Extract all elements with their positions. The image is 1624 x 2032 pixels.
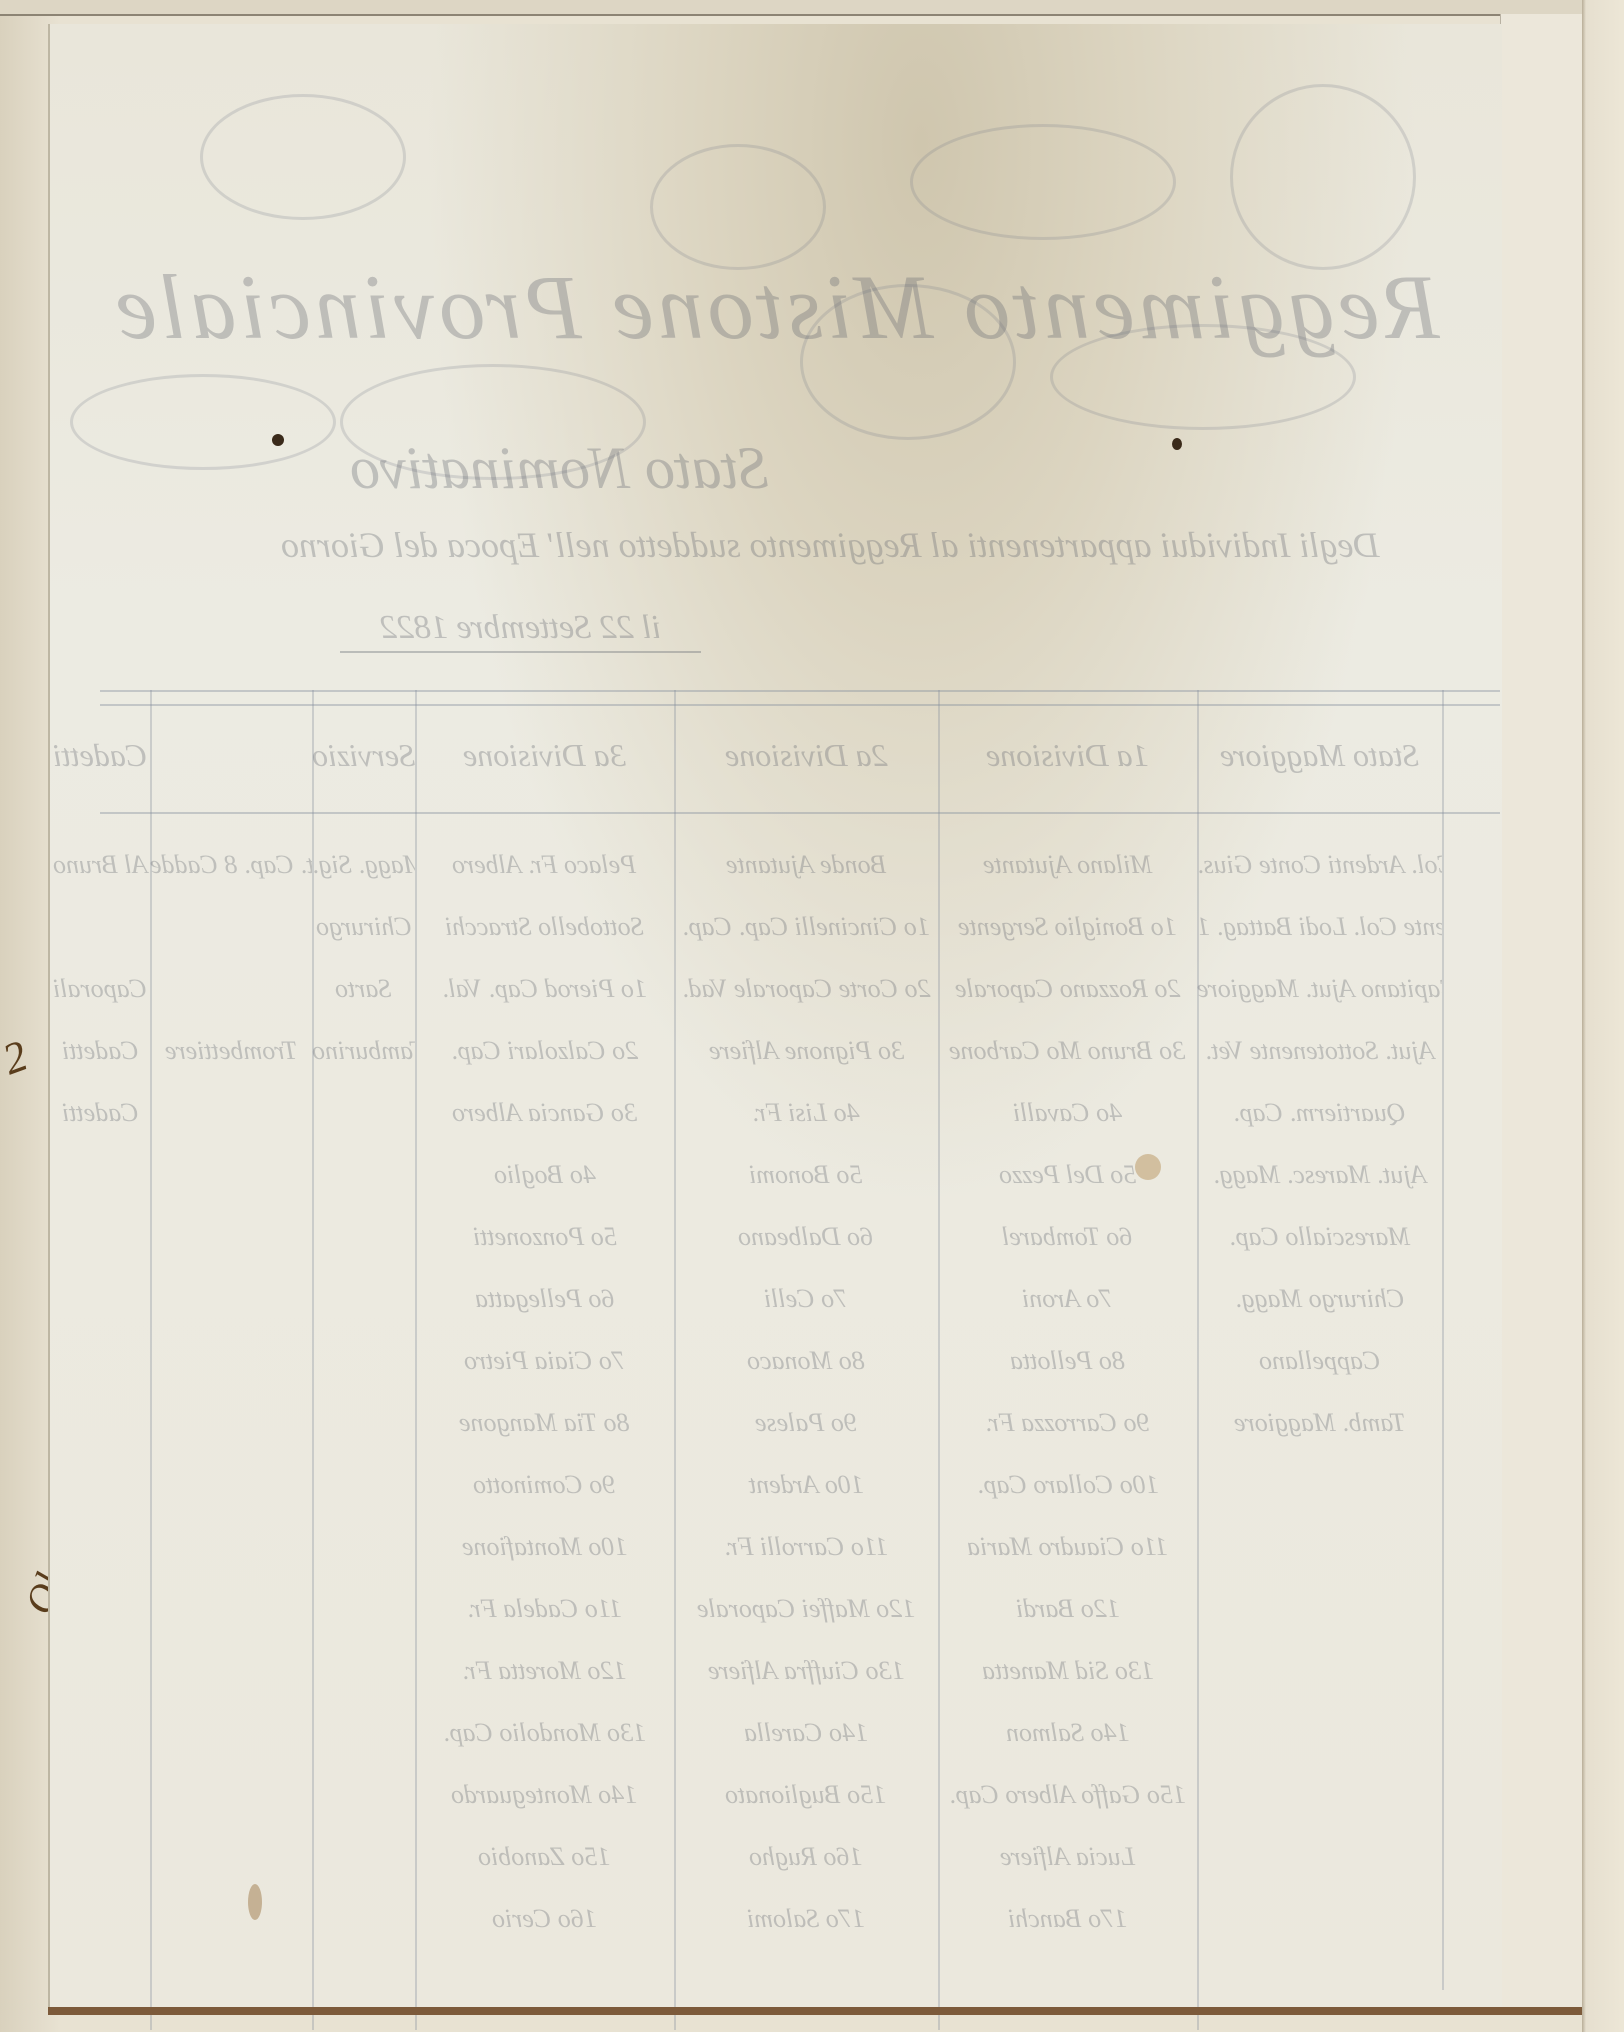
table-cell: 3o Pignone Alfiere [674, 1036, 938, 1066]
table-cell: 16o Rugho [674, 1842, 938, 1872]
table-cell: 13o Mondolio Cap. [415, 1718, 674, 1748]
table-cell [1197, 1718, 1442, 1748]
table-cell [150, 974, 312, 1004]
table-cell: Bonde Ajutante [674, 850, 938, 880]
table-cell [150, 1098, 312, 1128]
page-bottom-edge [48, 2007, 1582, 2015]
table-cell [150, 912, 312, 942]
table-cell: Ant. Cap. 8 Cadde [150, 850, 312, 880]
table-cell [312, 1284, 415, 1314]
table-cell [312, 1594, 415, 1624]
header-bottom-rule [100, 812, 1500, 814]
table-cell [312, 1780, 415, 1810]
table-cell [50, 1346, 150, 1376]
table-cell: 10o Ardent [674, 1470, 938, 1500]
table-cell: Ajut. Maresc. Magg. [1197, 1160, 1442, 1190]
table-cell: Magg. Sig. [312, 850, 415, 880]
table-cell [50, 1160, 150, 1190]
table-cell: 6o Tombarel [938, 1222, 1197, 1252]
table-cell: Cappellano [1197, 1346, 1442, 1376]
table-cell [150, 1780, 312, 1810]
table-cell [150, 1222, 312, 1252]
header-col-7: Cadetti [50, 720, 150, 790]
table-cell [312, 1842, 415, 1872]
table-cell: Cadetti [50, 1036, 150, 1066]
table-cell: Sarto [312, 974, 415, 1004]
table-cell [150, 1594, 312, 1624]
table-cell: 13o Sid Manetta [938, 1656, 1197, 1686]
table-cell [312, 1098, 415, 1128]
table-cell: 16o Cerio [415, 1904, 674, 1934]
table-cell [150, 1532, 312, 1562]
document-date: il 22 Settembre 1822 [340, 609, 701, 653]
table-top-rule [100, 690, 1500, 692]
table-cell: Tamburino [312, 1036, 415, 1066]
header-divisione-2: 2a Divisione [674, 720, 938, 790]
table-cell [50, 1222, 150, 1252]
document-description: Degli Individui appartenenti al Reggimen… [110, 524, 1550, 566]
table-cell [1197, 1470, 1442, 1500]
table-cell [1197, 1904, 1442, 1934]
table-cell [312, 1470, 415, 1500]
table-cell: 8o Monaco [674, 1346, 938, 1376]
table-cell [150, 1470, 312, 1500]
header-col-6 [150, 720, 312, 790]
table-cell: 11o Carrolli Fr. [674, 1532, 938, 1562]
table-cell: 8o Pellotta [938, 1346, 1197, 1376]
table-cell [312, 1904, 415, 1934]
flourish-ornament [650, 144, 826, 270]
table-cell: 9o Cominotto [415, 1470, 674, 1500]
table-cell: 9o Palese [674, 1408, 938, 1438]
table-cell: Col. Ardenti Conte Gius. [1197, 850, 1442, 880]
underlying-page-edge [1500, 14, 1583, 2009]
table-cell: Ajut. Sottotenente Vet. [1197, 1036, 1442, 1066]
header-divisione-3: 3a Divisione [415, 720, 674, 790]
header-stato-maggiore: Stato Maggiore [1197, 720, 1442, 790]
table-cell [150, 1842, 312, 1872]
table-cell: 1o Boniglio Sergente [938, 912, 1197, 942]
table-cell: Chirurgo [312, 912, 415, 942]
table-cell [50, 1780, 150, 1810]
table-cell [312, 1346, 415, 1376]
table-cell: 15o Buglionato [674, 1780, 938, 1810]
table-cell: 6o Pellegatta [415, 1284, 674, 1314]
table-cell: 1o Pierod Cap. Val. [415, 974, 674, 1004]
table-cell: 6o Dalbeano [674, 1222, 938, 1252]
table-cell: 10o Montafione [415, 1532, 674, 1562]
table-cell: 14o Monteguardo [415, 1780, 674, 1810]
table-cell [150, 1160, 312, 1190]
table-cell: 17o Banchi [938, 1904, 1197, 1934]
table-cell: 1o Cincinelli Cap. Cap. [674, 912, 938, 942]
header-servizio: Servizio [312, 720, 415, 790]
table-top-rule-inner [100, 704, 1500, 706]
table-cell: 14o Carella [674, 1718, 938, 1748]
flourish-ornament [70, 374, 336, 470]
document-page: Reggimento Mistone Provinciale Stato Nom… [48, 24, 1502, 2011]
document-subtitle: Stato Nominativo [350, 434, 768, 503]
table-cell: Pelaco Fr. Albero [415, 850, 674, 880]
table-cell: Tenente Col. Lodi Battag. 1 [1197, 912, 1442, 942]
table-cell: Capitano Ajut. Maggiore [1197, 974, 1442, 1004]
table-cell: 11o Cadela Fr. [415, 1594, 674, 1624]
table-cell: 12o Moretta Fr. [415, 1656, 674, 1686]
table-cell: 5o Ponzonetti [415, 1222, 674, 1252]
table-cell: 4o Cavalli [938, 1098, 1197, 1128]
ink-spot [272, 434, 284, 446]
table-cell: 12o Bardi [938, 1594, 1197, 1624]
table-cell [50, 1842, 150, 1872]
column-rule [1442, 690, 1444, 1990]
table-cell: Sottobello Stracchi [415, 912, 674, 942]
table-cell: Trombettiere [150, 1036, 312, 1066]
table-cell [1197, 1780, 1442, 1810]
table-cell: 9o Carrozza Fr. [938, 1408, 1197, 1438]
table-cell [50, 1532, 150, 1562]
table-cell [312, 1160, 415, 1190]
table-cell: 4o Boglio [415, 1160, 674, 1190]
table-cell: 12o Maffei Caporale [674, 1594, 938, 1624]
document-title: Reggimento Mistone Provinciale [50, 254, 1502, 360]
table-cell [50, 1718, 150, 1748]
table-cell [1197, 1532, 1442, 1562]
flourish-ornament [910, 124, 1176, 240]
table-cell: 2o Rozzano Caporale [938, 974, 1197, 1004]
flourish-ornament [200, 94, 406, 220]
table-cell: Maresciallo Cap. [1197, 1222, 1442, 1252]
table-cell: Lucia Alfiere [938, 1842, 1197, 1872]
table-cell [1197, 1656, 1442, 1686]
table-cell [150, 1904, 312, 1934]
table-cell [50, 1656, 150, 1686]
top-edge [0, 0, 1624, 16]
table-cell: Milano Ajutante [938, 850, 1197, 880]
table-cell: 11o Ciaudro Maria [938, 1532, 1197, 1562]
table-cell: 7o Celli [674, 1284, 938, 1314]
table-cell [312, 1718, 415, 1748]
table-cell: 13o Ciuffra Alfiere [674, 1656, 938, 1686]
table-cell: 7o Ciaia Pietro [415, 1346, 674, 1376]
table-cell [150, 1718, 312, 1748]
table-cell [312, 1222, 415, 1252]
table-cell: Cadetti [50, 1098, 150, 1128]
table-cell: Tamb. Maggiore [1197, 1408, 1442, 1438]
table-cell [50, 1594, 150, 1624]
table-cell: 17o Salomi [674, 1904, 938, 1934]
table-cell [150, 1284, 312, 1314]
table-cell [150, 1346, 312, 1376]
flourish-ornament [1230, 84, 1416, 270]
table-cell: 3o Bruno Mo Carbone [938, 1036, 1197, 1066]
table-cell: 5o Bonomi [674, 1160, 938, 1190]
table-cell [312, 1656, 415, 1686]
book-spine [1582, 0, 1624, 2032]
table-cell: Quartierm. Cap. [1197, 1098, 1442, 1128]
table-cell: 15o Gaffo Albero Cap. [938, 1780, 1197, 1810]
table-cell: 15o Zanobio [415, 1842, 674, 1872]
table-cell [1197, 1842, 1442, 1872]
table-cell: 14o Salmon [938, 1718, 1197, 1748]
table-cell [150, 1408, 312, 1438]
table-cell: 2o Calzolari Cap. [415, 1036, 674, 1066]
table-cell [312, 1532, 415, 1562]
table-cell [50, 1284, 150, 1314]
table-cell [50, 1904, 150, 1934]
table-cell [50, 1470, 150, 1500]
table-cell: 8o Tia Mangone [415, 1408, 674, 1438]
table-cell: Caporali [50, 974, 150, 1004]
table-cell: 5o Del Pezzo [938, 1160, 1197, 1190]
table-cell: 7o Aroni [938, 1284, 1197, 1314]
table-cell: Al Bruno [50, 850, 150, 880]
table-cell: 3o Gancia Albero [415, 1098, 674, 1128]
table-cell: 2o Corte Caporale Vad. [674, 974, 938, 1004]
table-cell: 4o Lisi Fr. [674, 1098, 938, 1128]
table-cell [150, 1656, 312, 1686]
table-cell: 10o Collaro Cap. [938, 1470, 1197, 1500]
header-divisione-1: 1a Divisione [938, 720, 1197, 790]
table-cell [50, 1408, 150, 1438]
table-cell [50, 912, 150, 942]
ink-spot [1172, 438, 1182, 450]
table-cell [1197, 1594, 1442, 1624]
table-cell [312, 1408, 415, 1438]
table-cell: Chirurgo Magg. [1197, 1284, 1442, 1314]
register-table: Stato Maggiore 1a Divisione 2a Divisione… [100, 690, 1500, 2030]
